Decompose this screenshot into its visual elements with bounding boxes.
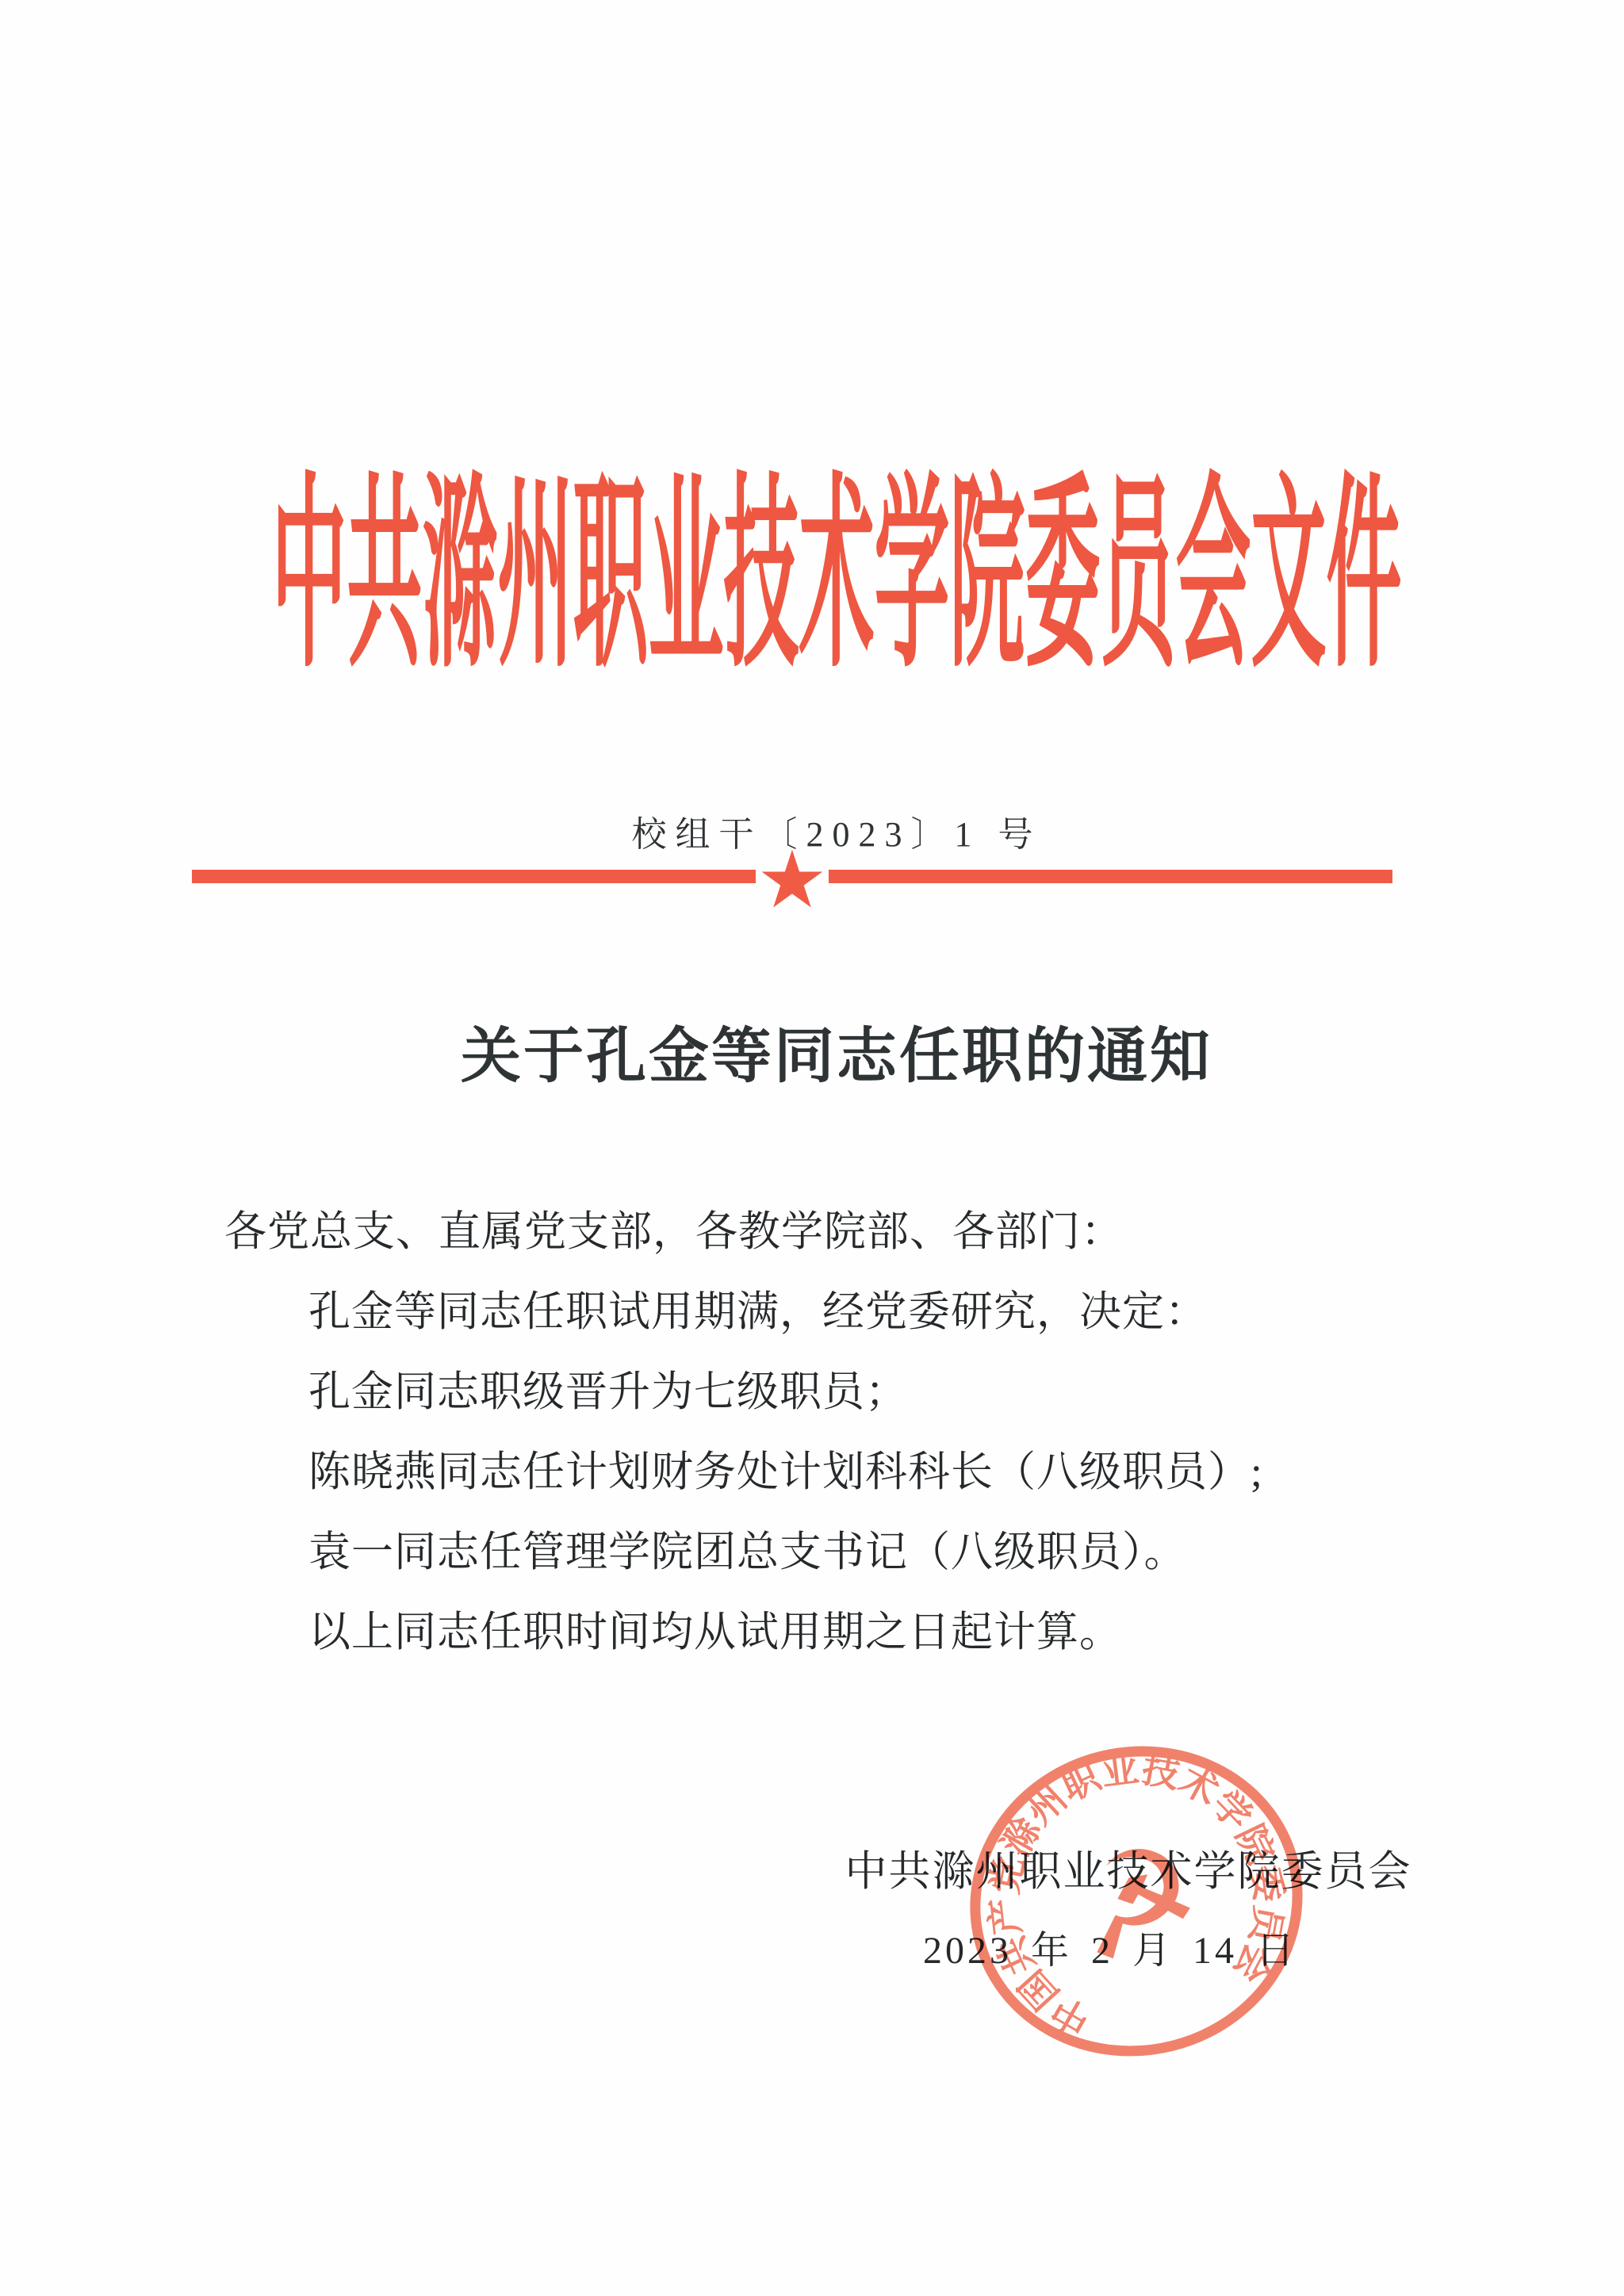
paragraph-3: 陈晓燕同志任计划财务处计划科科长（八级职员）; <box>224 1433 1406 1513</box>
divider-line-left <box>192 870 756 883</box>
paragraph-2: 孔金同志职级晋升为七级职员； <box>224 1353 1406 1433</box>
document-page: 中共滁州职业技术学院委员会文件 校组干〔2023〕1 号 ★ 关于孔金等同志任职… <box>0 0 1624 2296</box>
doc-number: 校组干〔2023〕1 号 <box>48 813 1624 856</box>
red-divider: ★ <box>192 870 1392 883</box>
divider-line-right <box>829 870 1392 883</box>
paragraph-1: 孔金等同志任职试用期满，经党委研究，决定： <box>224 1272 1406 1353</box>
official-seal: 中国共产党滁州职业技术学院委员会 ☭ <box>926 1693 1347 2109</box>
red-header: 中共滁州职业技术学院委员会文件 <box>48 474 1624 553</box>
paragraph-5: 以上同志任职时间均从试用期之日起计算。 <box>224 1593 1406 1673</box>
salutation: 各党总支、直属党支部，各教学院部、各部门： <box>224 1192 1406 1272</box>
issuing-org-title: 中共滁州职业技术学院委员会文件 <box>272 474 1402 682</box>
hammer-sickle-icon: ☭ <box>1057 1811 1216 1997</box>
paragraph-4: 袁一同志任管理学院团总支书记（八级职员）。 <box>224 1513 1406 1593</box>
document-title: 关于孔金等同志任职的通知 <box>48 1023 1624 1091</box>
document-body: 各党总支、直属党支部，各教学院部、各部门： 孔金等同志任职试用期满，经党委研究，… <box>224 1192 1406 1673</box>
